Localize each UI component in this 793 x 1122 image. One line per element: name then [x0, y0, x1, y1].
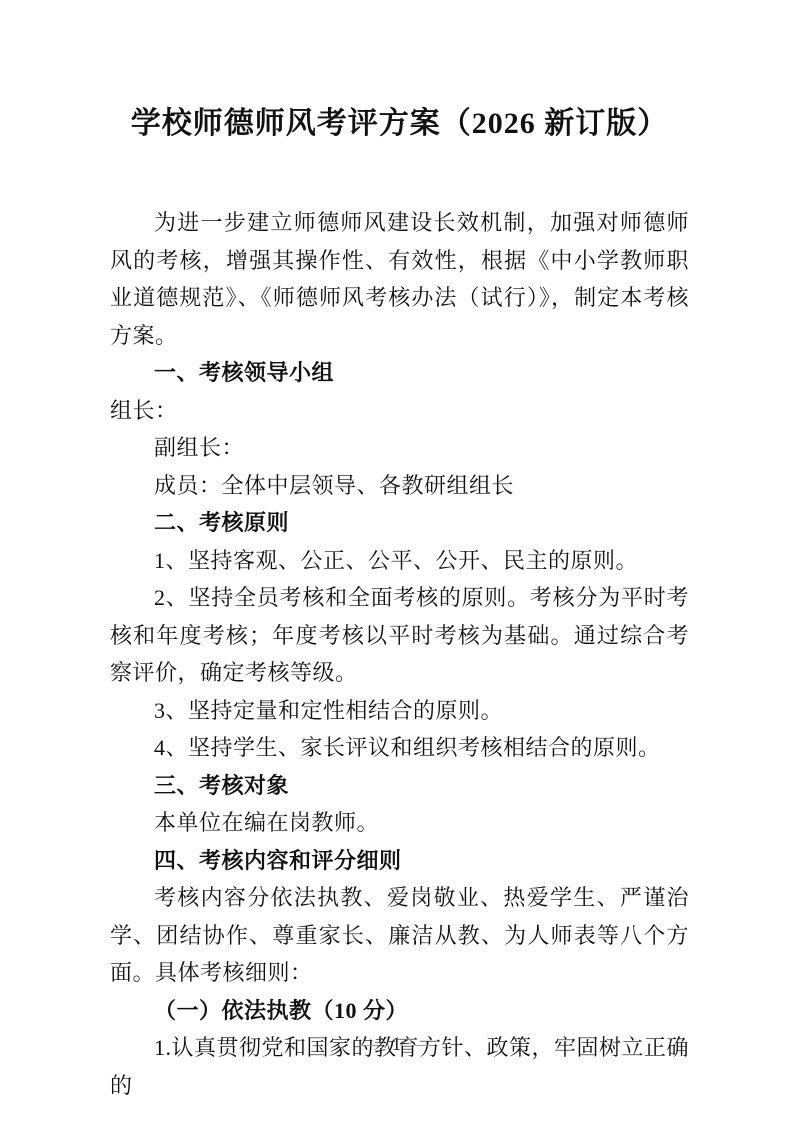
paragraph-principle-2: 2、坚持全员考核和全面考核的原则。考核分为平时考核和年度考核；年度考核以平时考核… — [110, 579, 689, 692]
subheading-item-1: （一）依法执教（10 分） — [110, 992, 689, 1030]
document-page: 学校师德师风考评方案（2026 新订版） 为进一步建立师德师风建设长效机制，加强… — [0, 0, 793, 1122]
heading-section-1: 一、考核领导小组 — [110, 354, 689, 392]
document-title: 学校师德师风考评方案（2026 新订版） — [110, 0, 689, 147]
page-footer: —1— — [0, 1031, 793, 1059]
line-assessment-target: 本单位在编在岗教师。 — [110, 804, 689, 842]
line-group-leader: 组长： — [110, 392, 689, 430]
line-members: 成员：全体中层领导、各教研组组长 — [110, 467, 689, 505]
document-content: 学校师德师风考评方案（2026 新订版） 为进一步建立师德师风建设长效机制，加强… — [110, 0, 689, 1104]
document-body: 为进一步建立师德师风建设长效机制，加强对师德师风的考核，增强其操作性、有效性，根… — [110, 204, 689, 1104]
heading-section-3: 三、考核对象 — [110, 767, 689, 805]
paragraph-content-overview: 考核内容分依法执教、爱岗敬业、热爱学生、严谨治学、团结协作、尊重家长、廉洁从教、… — [110, 879, 689, 992]
heading-section-4: 四、考核内容和评分细则 — [110, 842, 689, 880]
paragraph-principle-3: 3、坚持定量和定性相结合的原则。 — [110, 692, 689, 730]
paragraph-principle-1: 1、坚持客观、公正、公平、公开、民主的原则。 — [110, 542, 689, 580]
heading-section-2: 二、考核原则 — [110, 504, 689, 542]
page-number: 1 — [392, 1034, 402, 1055]
paragraph-intro: 为进一步建立师德师风建设长效机制，加强对师德师风的考核，增强其操作性、有效性，根… — [110, 204, 689, 354]
paragraph-principle-4: 4、坚持学生、家长评议和组织考核相结合的原则。 — [110, 729, 689, 767]
footer-dash-right: — — [415, 1034, 434, 1055]
line-deputy-leader: 副组长： — [110, 429, 689, 467]
footer-dash-left: — — [359, 1034, 378, 1055]
